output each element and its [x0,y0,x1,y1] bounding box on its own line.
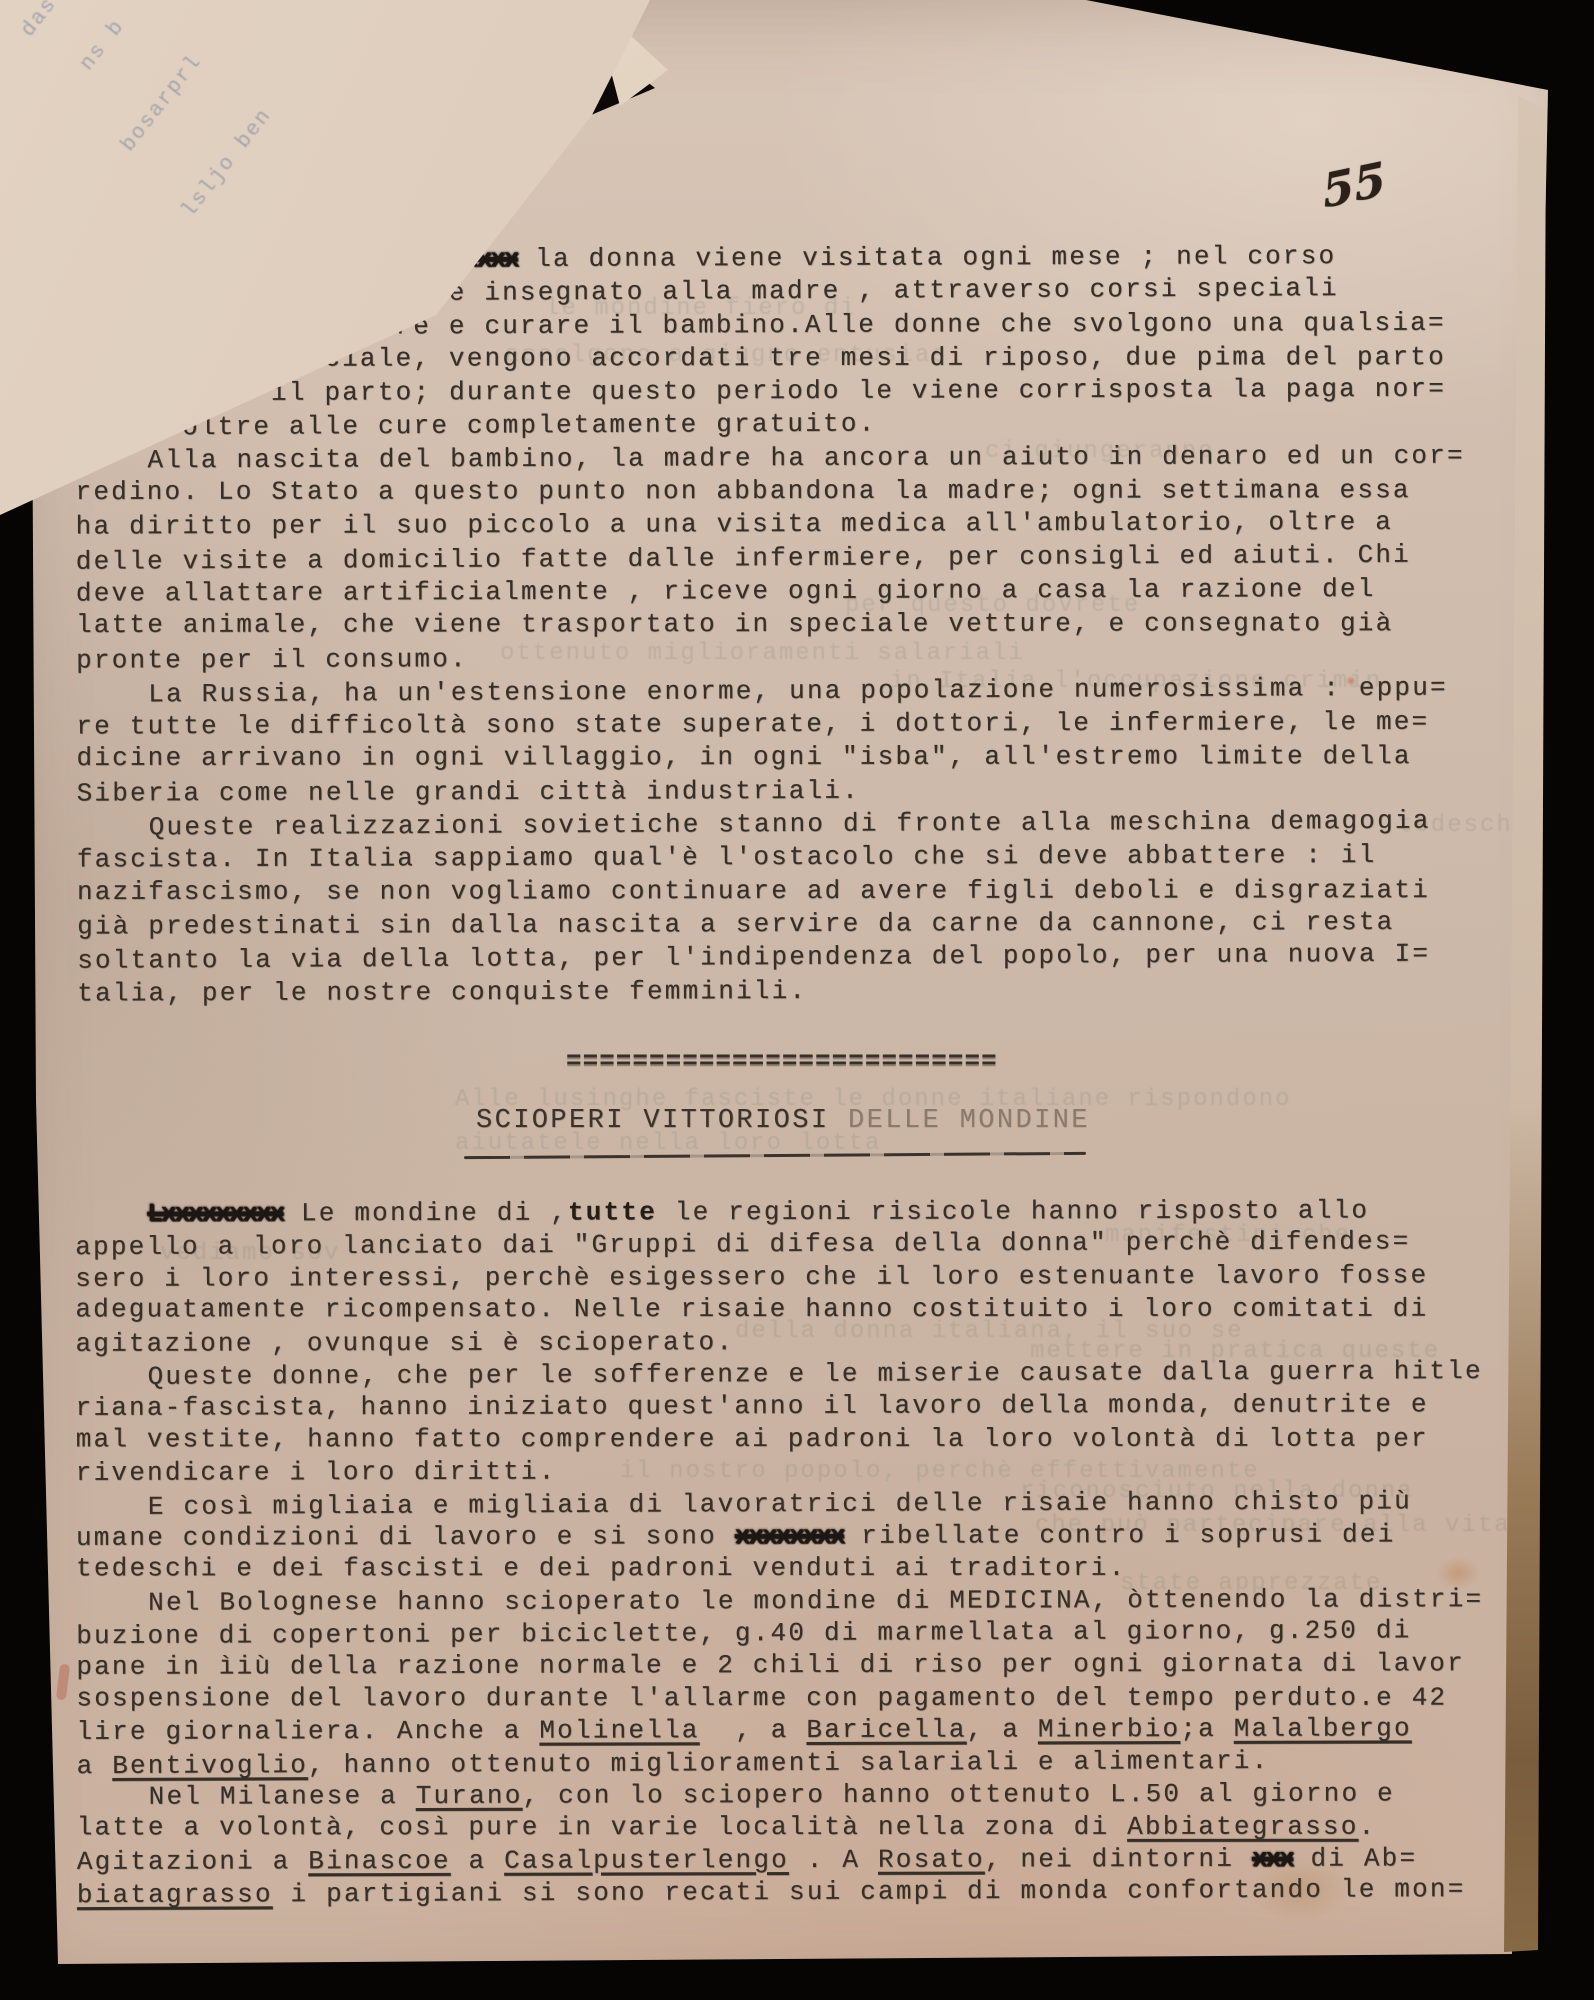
text-line: sospensione del lavoro durante l'allarme… [76,1681,1516,1714]
text-line: riana-fascista, hanno iniziato quest'ann… [76,1388,1516,1424]
text-line: Nel Milanese a Turano, con lo sciopero h… [77,1777,1517,1813]
fold-mirror-text: bosarprl [117,50,207,156]
text-line: mal vestite, hanno fatto comprendere ai … [76,1422,1516,1455]
text-line: Agitazioni a Binascoe a Casalpusterlengo… [77,1842,1517,1878]
text-line: nazifascismo, se non vogliamo continuare… [77,874,1517,909]
struck-out-text: xxxxxxxx [735,1521,844,1551]
text-line: latte animale, che viene trasportato in … [76,607,1516,642]
section-heading-strong: SCIOPERI VITTORIOSI [476,1106,829,1136]
text-line: deve allattare artificialmente , riceve … [76,572,1516,610]
text-block-lower: Lxxxxxxxxx Le mondine di ,tutte le regio… [75,1194,1517,1910]
red-ink-smudge [56,1664,70,1701]
text-line: re tutte le difficoltà sono state supera… [76,706,1516,744]
text-line: rivendicare i loro diritti. [76,1453,1516,1489]
text-line: appello a loro lanciato dai "Gruppi di d… [75,1225,1515,1264]
text-line: fascista. In Italia sappiamo qual'è l'os… [77,839,1517,877]
fold-mirror-text: das [17,0,62,42]
text-line: redino. Lo Stato a questo punto non abba… [76,474,1516,509]
text-line: latte a volontà, così pure in varie loca… [77,1811,1517,1844]
handwritten-page-number: 55 [1320,151,1388,218]
text-line: adeguatamente ricompensato. Nelle risaie… [75,1293,1515,1326]
section-heading-faded: DELLE MONDINE [829,1106,1089,1136]
divider-line: ========================== [566,1046,998,1076]
text-line: Alla nascita del bambino, la madre ha an… [75,439,1515,477]
text-line: pane in ìiù della razione normale e 2 ch… [76,1648,1516,1684]
text-line: dicine arrivano in ogni villaggio, in og… [76,740,1516,775]
photo-background: le mondine fiero diaccolgono a giugno en… [0,0,1594,2000]
text-line: sero i loro interessi, perchè esigessero… [75,1259,1515,1295]
fold-mirror-text: lsljo ben [178,105,277,223]
text-line: a Bentivoglio, hanno ottenuto migliorame… [76,1743,1516,1782]
text-line: talia, per le nostre conquiste femminili… [77,972,1517,1010]
text-line: E così migliaia e migliaia di lavoratric… [76,1484,1516,1523]
text-line: buzione di copertoni per biciclette, g.4… [76,1614,1516,1653]
text-line: umane condizioni di lavoro e si sono xxx… [76,1518,1516,1554]
text-line: agitazione , ovunque si è scioperato. [75,1324,1515,1360]
text-line: lire giornaliera. Anche a Molinella , a … [76,1712,1516,1748]
text-line: Queste donne, che per le sofferenze e le… [75,1355,1515,1394]
fold-mirror-text: ns b [76,15,130,75]
section-heading: SCIOPERI VITTORIOSI DELLE MONDINE [476,1106,1090,1136]
struck-out-text: Lxxxxxxxxx [147,1198,283,1228]
struck-out-text: xxx [1252,1844,1293,1874]
text-line: biatagrasso i partigiani si sono recati … [77,1873,1517,1912]
text-line: delle visite a domicilio fatte dalle inf… [76,538,1516,579]
text-line: tedeschi e dei fascisti e dei padroni ve… [76,1552,1516,1585]
text-line: Nel Bolognese hanno scioperato le mondin… [76,1583,1516,1619]
